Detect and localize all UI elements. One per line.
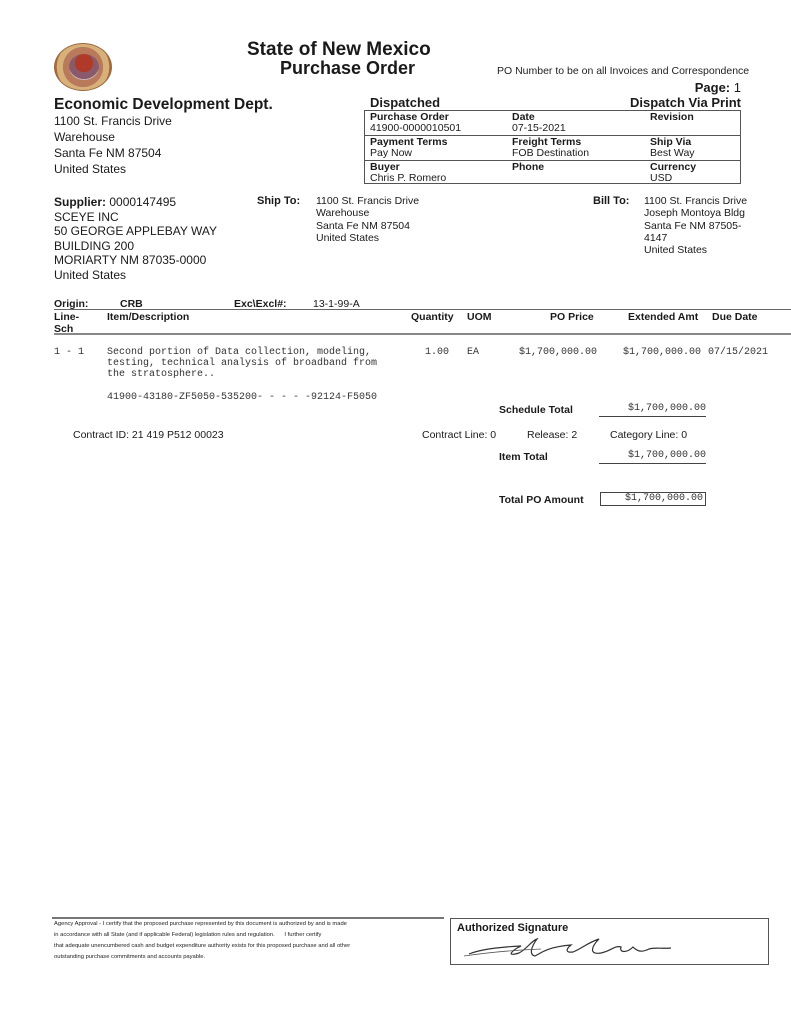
page-label: Page:	[695, 80, 730, 95]
address-line: Warehouse	[54, 129, 172, 145]
page-number: Page: 1	[695, 80, 741, 95]
supplier-line: BUILDING 200	[54, 239, 217, 254]
line-sch-cell: 1 - 1	[54, 347, 84, 358]
bill-to-label: Bill To:	[593, 195, 629, 207]
ship-to-label: Ship To:	[257, 195, 300, 207]
phone-field: Phone	[512, 162, 544, 173]
category-line: Category Line: 0	[610, 429, 687, 441]
page-value: 1	[734, 80, 741, 95]
uom-cell: EA	[467, 347, 479, 358]
address-line: 1100 St. Francis Drive	[54, 113, 172, 129]
contract-line: Contract Line: 0	[422, 429, 496, 441]
signature-icon	[461, 935, 711, 961]
supplier-line: MORIARTY NM 87035-0000	[54, 253, 217, 268]
supplier-label: Supplier:	[54, 195, 106, 209]
supplier-line: United States	[54, 268, 217, 283]
freight-terms-field: Freight TermsFOB Destination	[512, 137, 589, 159]
po-note: PO Number to be on all Invoices and Corr…	[497, 65, 749, 77]
dispatched-status: Dispatched	[370, 95, 440, 110]
total-po-value: $1,700,000.00	[600, 492, 706, 506]
schedule-total-label: Schedule Total	[499, 404, 573, 416]
address-line: United States	[54, 161, 172, 177]
address-line: 1100 St. Francis Drive	[644, 195, 764, 207]
item-total-value: $1,700,000.00	[599, 450, 706, 464]
po-price-cell: $1,700,000.00	[519, 347, 597, 358]
signature-label: Authorized Signature	[457, 922, 568, 934]
address-line: Joseph Montoya Bldg	[644, 207, 764, 219]
item-total-label: Item Total	[499, 451, 548, 463]
approval-line: outstanding purchase commitments and acc…	[54, 952, 444, 963]
description-cell: Second portion of Data collection, model…	[107, 347, 397, 380]
state-seal-icon	[54, 43, 112, 91]
total-po-label: Total PO Amount	[499, 494, 584, 506]
address-line: United States	[316, 232, 419, 244]
address-line: 4147	[644, 232, 764, 244]
divider	[54, 309, 791, 310]
due-date-cell: 07/15/2021	[708, 347, 768, 358]
quantity-cell: 1.00	[425, 347, 449, 358]
document-subtitle: Purchase Order	[280, 58, 415, 79]
date-field: Date07-15-2021	[512, 112, 566, 134]
department-name: Economic Development Dept.	[54, 96, 273, 114]
header-quantity: Quantity	[411, 311, 454, 323]
header-po-price: PO Price	[550, 311, 594, 323]
agency-approval-text: Agency Approval - I certify that the pro…	[54, 919, 444, 963]
release: Release: 2	[527, 429, 577, 441]
buyer-field: BuyerChris P. Romero	[370, 162, 446, 184]
supplier-id: 0000147495	[109, 195, 176, 209]
address-line: United States	[644, 244, 764, 256]
address-line: Santa Fe NM 87504	[54, 145, 172, 161]
approval-line: Agency Approval - I certify that the pro…	[54, 919, 444, 930]
revision-field: Revision	[650, 112, 694, 123]
extended-amt-cell: $1,700,000.00	[623, 347, 701, 358]
header-item-description: Item/Description	[107, 311, 189, 323]
approval-line: that adequate unencumbered cash and budg…	[54, 941, 444, 952]
account-code-cell: 41900-43180-ZF5050-535200- - - - -92124-…	[107, 392, 377, 403]
signature-box: Authorized Signature	[450, 918, 769, 965]
supplier-line: SCEYE INC	[54, 210, 217, 225]
ship-via-field: Ship ViaBest Way	[650, 137, 695, 159]
ship-to-address: 1100 St. Francis Drive Warehouse Santa F…	[316, 195, 419, 244]
schedule-total-value: $1,700,000.00	[599, 403, 706, 417]
approval-line: in accordance with all State (and if app…	[54, 930, 444, 941]
address-line: Santa Fe NM 87504	[316, 220, 419, 232]
currency-field: CurrencyUSD	[650, 162, 696, 184]
header-line-sch: Line-Sch	[54, 311, 79, 335]
dispatch-via: Dispatch Via Print	[630, 95, 741, 110]
address-line: 1100 St. Francis Drive	[316, 195, 419, 207]
contract-id: Contract ID: 21 419 P512 00023	[73, 429, 224, 441]
header-divider	[54, 333, 791, 335]
payment-terms-field: Payment TermsPay Now	[370, 137, 447, 159]
purchase-order-field: Purchase Order41900-0000010501	[370, 112, 461, 134]
po-info-box: Purchase Order41900-0000010501 Date07-15…	[364, 110, 741, 184]
department-address: 1100 St. Francis Drive Warehouse Santa F…	[54, 113, 172, 177]
header-due-date: Due Date	[712, 311, 758, 323]
supplier-block: Supplier: 0000147495 SCEYE INC 50 GEORGE…	[54, 195, 217, 283]
address-line: Warehouse	[316, 207, 419, 219]
supplier-line: 50 GEORGE APPLEBAY WAY	[54, 224, 217, 239]
header-extended-amt: Extended Amt	[628, 311, 698, 323]
bill-to-address: 1100 St. Francis Drive Joseph Montoya Bl…	[644, 195, 764, 256]
address-line: Santa Fe NM 87505-	[644, 220, 764, 232]
header-uom: UOM	[467, 311, 492, 323]
